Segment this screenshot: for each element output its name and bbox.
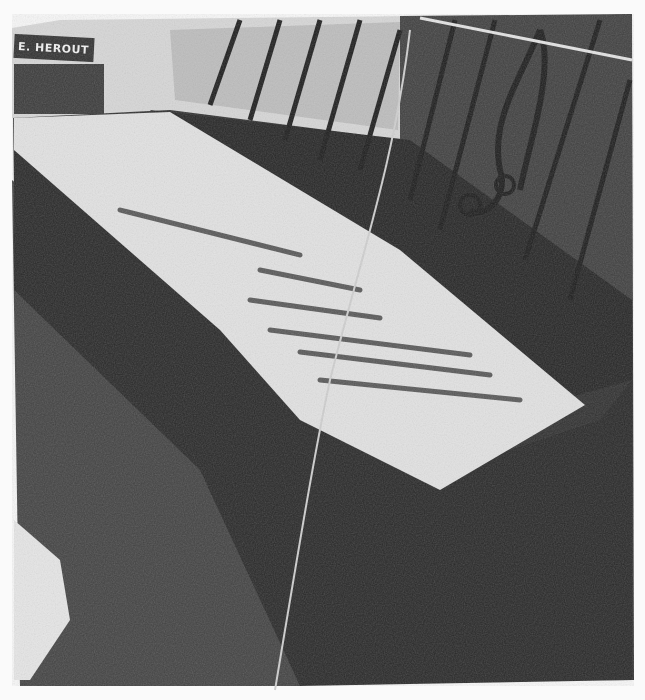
- name-plaque-text: E. HEROUT: [18, 38, 93, 60]
- photograph: [0, 0, 645, 700]
